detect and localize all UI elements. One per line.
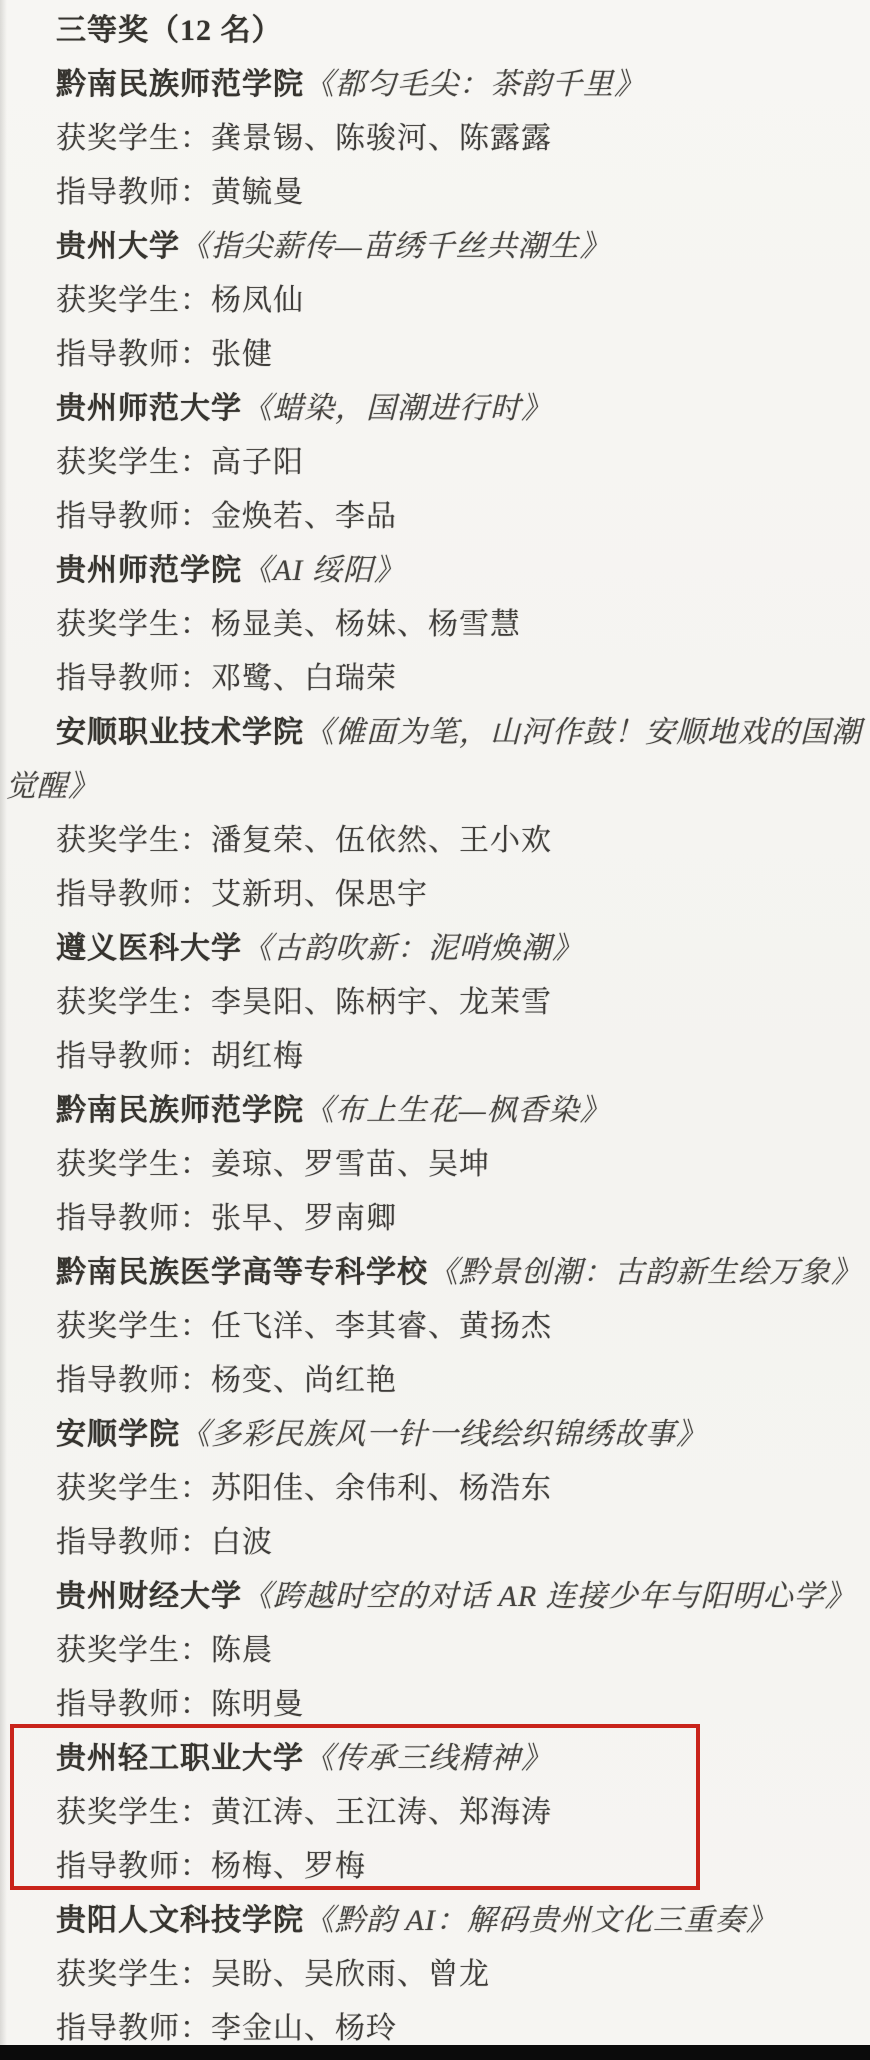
teachers-line: 指导教师：张早、罗南卿: [6, 1192, 870, 1246]
school-title-line: 黔南民族师范学院《布上生花—枫香染》: [6, 1084, 870, 1138]
students-line: 获奖学生：潘复荣、伍依然、王小欢: [6, 814, 870, 868]
award-entry: 贵州轻工职业大学《传承三线精神》 获奖学生：黄江涛、王江涛、郑海涛 指导教师：杨…: [6, 1732, 870, 1894]
students-names: 潘复荣、伍依然、王小欢: [211, 824, 552, 857]
teachers-names: 杨梅、罗梅: [211, 1850, 366, 1883]
students-label: 获奖学生：: [56, 1634, 211, 1667]
school-name: 黔南民族师范学院: [56, 1094, 304, 1127]
teachers-names: 胡红梅: [211, 1040, 304, 1073]
students-label: 获奖学生：: [56, 1796, 211, 1829]
students-names: 任飞洋、李其睿、黄扬杰: [211, 1310, 552, 1343]
teachers-label: 指导教师：: [56, 1040, 211, 1073]
teachers-names: 艾新玥、保思宇: [211, 878, 428, 911]
school-name: 安顺学院: [56, 1418, 180, 1451]
students-line: 获奖学生：苏阳佳、余伟利、杨浩东: [6, 1462, 870, 1516]
school-name: 黔南民族师范学院: [56, 68, 304, 101]
students-names: 李昊阳、陈柄宇、龙茉雪: [211, 986, 552, 1019]
award-entry: 黔南民族师范学院《都匀毛尖：茶韵千里》 获奖学生：龚景锡、陈骏河、陈露露 指导教…: [6, 58, 870, 220]
award-entry: 贵州师范大学《蜡染，国潮进行时》 获奖学生：高子阳 指导教师：金焕若、李品: [6, 382, 870, 544]
students-line: 获奖学生：姜琼、罗雪苗、吴坤: [6, 1138, 870, 1192]
teachers-label: 指导教师：: [56, 1202, 211, 1235]
school-title-line: 贵州大学《指尖薪传—苗绣千丝共潮生》: [6, 220, 870, 274]
project-title: 《布上生花—枫香染》: [304, 1094, 611, 1127]
school-name: 贵阳人文科技学院: [56, 1904, 304, 1937]
project-title: 《传承三线精神》: [304, 1742, 552, 1775]
award-entry: 贵州大学《指尖薪传—苗绣千丝共潮生》 获奖学生：杨凤仙 指导教师：张健: [6, 220, 870, 382]
students-label: 获奖学生：: [56, 1310, 211, 1343]
award-document: 三等奖（12 名） 黔南民族师范学院《都匀毛尖：茶韵千里》 获奖学生：龚景锡、陈…: [0, 0, 870, 2056]
students-line: 获奖学生：杨凤仙: [6, 274, 870, 328]
teachers-names: 张早、罗南卿: [211, 1202, 397, 1235]
teachers-line: 指导教师：白波: [6, 1516, 870, 1570]
teachers-names: 金焕若、李品: [211, 500, 397, 533]
project-title: 《指尖薪传—苗绣千丝共潮生》: [180, 230, 611, 263]
students-label: 获奖学生：: [56, 1472, 211, 1505]
award-entry: 安顺职业技术学院《傩面为笔，山河作鼓！安顺地戏的国潮觉醒》 获奖学生：潘复荣、伍…: [6, 706, 870, 922]
teachers-label: 指导教师：: [56, 662, 211, 695]
school-name: 贵州轻工职业大学: [56, 1742, 304, 1775]
school-title-line: 黔南民族师范学院《都匀毛尖：茶韵千里》: [6, 58, 870, 112]
teachers-line: 指导教师：胡红梅: [6, 1030, 870, 1084]
students-line: 获奖学生：龚景锡、陈骏河、陈露露: [6, 112, 870, 166]
students-label: 获奖学生：: [56, 1958, 211, 1991]
teachers-line: 指导教师：杨变、尚红艳: [6, 1354, 870, 1408]
project-title: 《跨越时空的对话 AR 连接少年与阳明心学》: [242, 1580, 856, 1613]
students-names: 龚景锡、陈骏河、陈露露: [211, 122, 552, 155]
teachers-label: 指导教师：: [56, 500, 211, 533]
teachers-line: 指导教师：张健: [6, 328, 870, 382]
teachers-label: 指导教师：: [56, 1364, 211, 1397]
students-names: 姜琼、罗雪苗、吴坤: [211, 1148, 490, 1181]
teachers-line: 指导教师：杨梅、罗梅: [6, 1840, 870, 1894]
teachers-line: 指导教师：金焕若、李品: [6, 490, 870, 544]
students-line: 获奖学生：杨显美、杨妹、杨雪慧: [6, 598, 870, 652]
students-label: 获奖学生：: [56, 824, 211, 857]
project-title: 《古韵吹新：泥哨焕潮》: [242, 932, 583, 965]
students-names: 高子阳: [211, 446, 304, 479]
teachers-names: 杨变、尚红艳: [211, 1364, 397, 1397]
award-entry: 遵义医科大学《古韵吹新：泥哨焕潮》 获奖学生：李昊阳、陈柄宇、龙茉雪 指导教师：…: [6, 922, 870, 1084]
bottom-bar: [0, 2045, 870, 2060]
teachers-label: 指导教师：: [56, 2012, 211, 2045]
teachers-line: 指导教师：邓鹭、白瑞荣: [6, 652, 870, 706]
teachers-label: 指导教师：: [56, 176, 211, 209]
teachers-names: 邓鹭、白瑞荣: [211, 662, 397, 695]
teachers-names: 黄毓曼: [211, 176, 304, 209]
project-title: 《黔韵 AI：解码贵州文化三重奏》: [304, 1904, 777, 1937]
students-line: 获奖学生：黄江涛、王江涛、郑海涛: [6, 1786, 870, 1840]
award-entry: 黔南民族师范学院《布上生花—枫香染》 获奖学生：姜琼、罗雪苗、吴坤 指导教师：张…: [6, 1084, 870, 1246]
project-title: 《多彩民族风一针一线绘织锦绣故事》: [180, 1418, 707, 1451]
project-title: 《AI 绥阳》: [242, 554, 405, 587]
students-label: 获奖学生：: [56, 986, 211, 1019]
school-name: 贵州大学: [56, 230, 180, 263]
school-title-line: 遵义医科大学《古韵吹新：泥哨焕潮》: [6, 922, 870, 976]
school-name: 黔南民族医学高等专科学校: [56, 1256, 428, 1289]
school-title-line: 贵州财经大学《跨越时空的对话 AR 连接少年与阳明心学》: [6, 1570, 870, 1624]
teachers-line: 指导教师：艾新玥、保思宇: [6, 868, 870, 922]
students-line: 获奖学生：高子阳: [6, 436, 870, 490]
students-line: 获奖学生：李昊阳、陈柄宇、龙茉雪: [6, 976, 870, 1030]
students-names: 陈晨: [211, 1634, 273, 1667]
teachers-names: 白波: [211, 1526, 273, 1559]
teachers-names: 李金山、杨玲: [211, 2012, 397, 2045]
students-names: 黄江涛、王江涛、郑海涛: [211, 1796, 552, 1829]
school-name: 安顺职业技术学院: [56, 716, 304, 749]
project-title: 《黔景创潮：古韵新生绘万象》: [428, 1256, 862, 1289]
school-title-line: 贵阳人文科技学院《黔韵 AI：解码贵州文化三重奏》: [6, 1894, 870, 1948]
award-entry: 黔南民族医学高等专科学校《黔景创潮：古韵新生绘万象》 获奖学生：任飞洋、李其睿、…: [6, 1246, 870, 1408]
teachers-line: 指导教师：陈明曼: [6, 1678, 870, 1732]
award-entry: 贵州财经大学《跨越时空的对话 AR 连接少年与阳明心学》 获奖学生：陈晨 指导教…: [6, 1570, 870, 1732]
school-title-line: 贵州师范大学《蜡染，国潮进行时》: [6, 382, 870, 436]
school-name: 贵州师范大学: [56, 392, 242, 425]
students-label: 获奖学生：: [56, 608, 211, 641]
school-name: 贵州财经大学: [56, 1580, 242, 1613]
teachers-names: 陈明曼: [211, 1688, 304, 1721]
award-entry: 贵阳人文科技学院《黔韵 AI：解码贵州文化三重奏》 获奖学生：吴盼、吴欣雨、曾龙…: [6, 1894, 870, 2056]
school-title-line: 黔南民族医学高等专科学校《黔景创潮：古韵新生绘万象》: [6, 1246, 870, 1300]
teachers-label: 指导教师：: [56, 1526, 211, 1559]
students-names: 苏阳佳、余伟利、杨浩东: [211, 1472, 552, 1505]
students-label: 获奖学生：: [56, 284, 211, 317]
prize-tier-heading: 三等奖（12 名）: [6, 4, 870, 58]
students-line: 获奖学生：任飞洋、李其睿、黄扬杰: [6, 1300, 870, 1354]
school-name: 贵州师范学院: [56, 554, 242, 587]
students-names: 吴盼、吴欣雨、曾龙: [211, 1958, 490, 1991]
teachers-label: 指导教师：: [56, 1850, 211, 1883]
students-label: 获奖学生：: [56, 1148, 211, 1181]
award-entries-list: 黔南民族师范学院《都匀毛尖：茶韵千里》 获奖学生：龚景锡、陈骏河、陈露露 指导教…: [6, 58, 870, 2056]
teachers-label: 指导教师：: [56, 878, 211, 911]
school-name: 遵义医科大学: [56, 932, 242, 965]
school-title-line: 安顺学院《多彩民族风一针一线绘织锦绣故事》: [6, 1408, 870, 1462]
teachers-label: 指导教师：: [56, 338, 211, 371]
teachers-names: 张健: [211, 338, 273, 371]
teachers-label: 指导教师：: [56, 1688, 211, 1721]
students-names: 杨凤仙: [211, 284, 304, 317]
students-names: 杨显美、杨妹、杨雪慧: [211, 608, 521, 641]
school-title-line: 安顺职业技术学院《傩面为笔，山河作鼓！安顺地戏的国潮觉醒》: [6, 706, 870, 814]
project-title: 《蜡染，国潮进行时》: [242, 392, 552, 425]
students-label: 获奖学生：: [56, 446, 211, 479]
students-label: 获奖学生：: [56, 122, 211, 155]
students-line: 获奖学生：陈晨: [6, 1624, 870, 1678]
award-entry: 贵州师范学院《AI 绥阳》 获奖学生：杨显美、杨妹、杨雪慧 指导教师：邓鹭、白瑞…: [6, 544, 870, 706]
teachers-line: 指导教师：黄毓曼: [6, 166, 870, 220]
school-title-line: 贵州师范学院《AI 绥阳》: [6, 544, 870, 598]
project-title: 《都匀毛尖：茶韵千里》: [304, 68, 645, 101]
students-line: 获奖学生：吴盼、吴欣雨、曾龙: [6, 1948, 870, 2002]
school-title-line: 贵州轻工职业大学《传承三线精神》: [6, 1732, 870, 1786]
award-entry: 安顺学院《多彩民族风一针一线绘织锦绣故事》 获奖学生：苏阳佳、余伟利、杨浩东 指…: [6, 1408, 870, 1570]
